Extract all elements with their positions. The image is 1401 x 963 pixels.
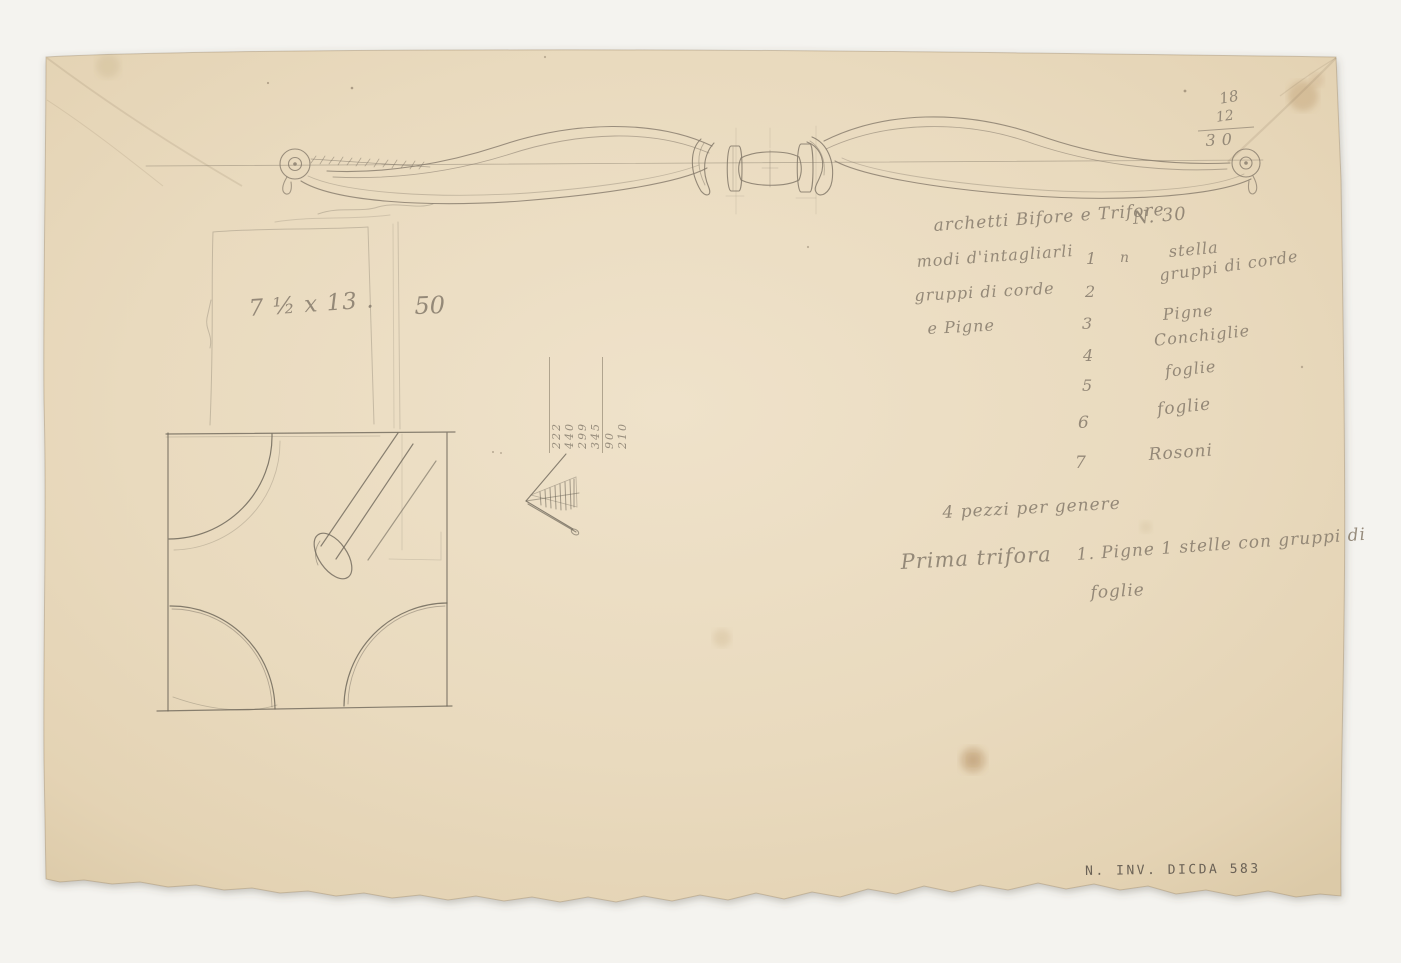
list-row-number: 5 bbox=[1082, 376, 1092, 395]
rotated-calc-line: 210 bbox=[616, 357, 629, 453]
list-row-label: e Pigne bbox=[927, 315, 995, 338]
list-row-number: 6 bbox=[1078, 413, 1089, 433]
scanned-sheet-photo: 18 12 30 archetti Bifore e Trifore N. 30… bbox=[0, 0, 1401, 963]
rotated-calculation: 222 440 299 345 90 210 bbox=[549, 357, 645, 453]
note-prima-cont: foglie bbox=[1090, 580, 1145, 603]
list-row-mid: n bbox=[1120, 250, 1130, 266]
paper-sheet bbox=[44, 50, 1345, 902]
inventory-number: N. INV. DICDA 583 bbox=[1085, 862, 1261, 879]
list-row-number: 4 bbox=[1083, 346, 1093, 365]
drawing-canvas bbox=[0, 0, 1401, 963]
list-row-number: 7 bbox=[1075, 453, 1086, 473]
rotated-calc-line: 345 bbox=[589, 357, 603, 453]
rotated-calc-line: 440 bbox=[563, 357, 576, 453]
calc-line-18: 18 bbox=[1218, 87, 1240, 108]
rotated-calc-line: 299 bbox=[576, 357, 589, 453]
list-row-number: 2 bbox=[1085, 282, 1095, 301]
calc-total-30: 30 bbox=[1205, 129, 1238, 150]
calc-line-12: 12 bbox=[1215, 108, 1235, 126]
list-row-number: 3 bbox=[1082, 314, 1092, 333]
rotated-calc-line: 222 bbox=[549, 357, 563, 453]
list-row-number: 1 bbox=[1086, 249, 1096, 268]
dimension-qty: 50 bbox=[414, 291, 446, 320]
rotated-calc-line: 90 bbox=[603, 357, 616, 453]
